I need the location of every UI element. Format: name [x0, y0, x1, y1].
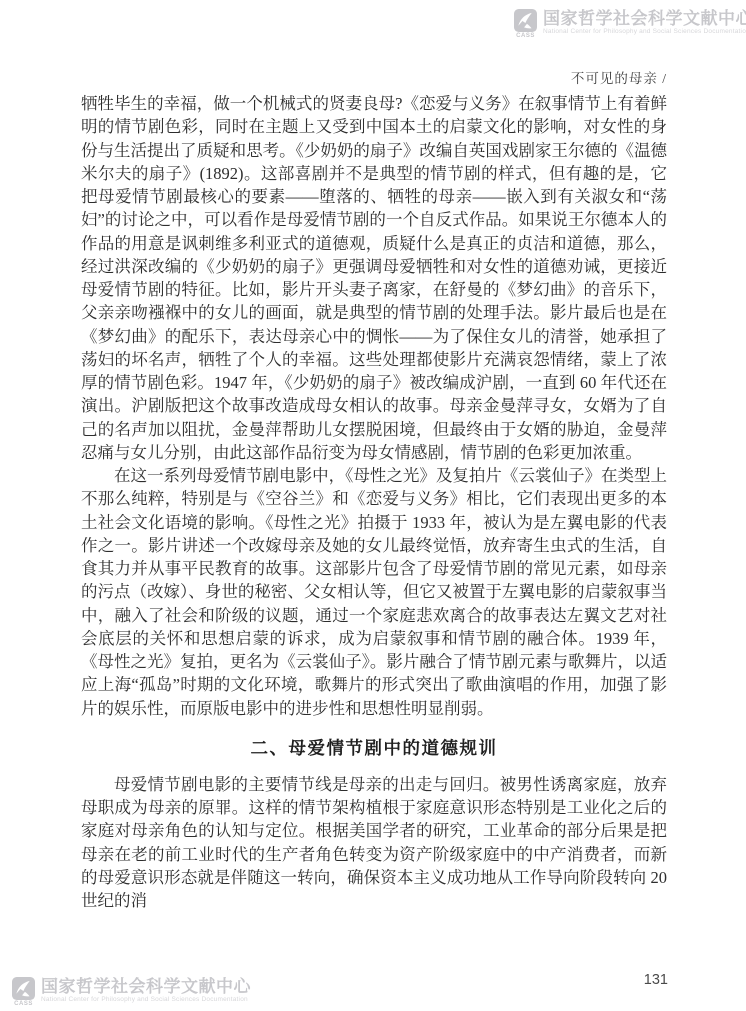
document-page: CASS 国家哲学社会科学文献中心 National Center for Ph…: [0, 0, 746, 1011]
cass-logo-icon-wrap: CASS: [12, 977, 35, 1007]
section-heading: 二、母爱情节剧中的道德规训: [81, 736, 667, 760]
paragraph: 母爱情节剧电影的主要情节线是母亲的出走与回归。被男性诱离家庭，放弃母职成为母亲的…: [81, 773, 667, 913]
cass-logo-icon: [514, 9, 537, 32]
cass-name-en: National Center for Philosophy and Socia…: [543, 28, 746, 36]
cass-logo-text: 国家哲学社会科学文献中心 National Center for Philoso…: [41, 977, 251, 1004]
paragraph: 牺牲毕生的幸福，做一个机械式的贤妻良母?《恋爱与义务》在叙事情节上有着鲜明的情节…: [81, 92, 667, 464]
cass-logo-icon-wrap: CASS: [514, 9, 537, 39]
cass-logo-icon: [12, 977, 35, 1000]
cass-name-en: National Center for Philosophy and Socia…: [41, 996, 251, 1004]
cass-logo-text: 国家哲学社会科学文献中心 National Center for Philoso…: [543, 9, 746, 36]
cass-name-cn: 国家哲学社会科学文献中心: [41, 977, 251, 996]
cass-abbr-label: CASS: [14, 1001, 33, 1007]
page-number: 131: [644, 972, 668, 988]
cass-logo-top: CASS 国家哲学社会科学文献中心 National Center for Ph…: [514, 9, 746, 39]
running-head: 不可见的母亲 /: [571, 67, 667, 87]
paragraph: 在这一系列母爱情节剧电影中，《母性之光》及复拍片《云裳仙子》在类型上不那么纯粹，…: [81, 464, 667, 720]
cass-abbr-label: CASS: [516, 33, 535, 39]
cass-logo-bottom: CASS 国家哲学社会科学文献中心 National Center for Ph…: [12, 977, 251, 1007]
cass-name-cn: 国家哲学社会科学文献中心: [543, 9, 746, 28]
main-text-block: 牺牲毕生的幸福，做一个机械式的贤妻良母?《恋爱与义务》在叙事情节上有着鲜明的情节…: [81, 92, 667, 912]
